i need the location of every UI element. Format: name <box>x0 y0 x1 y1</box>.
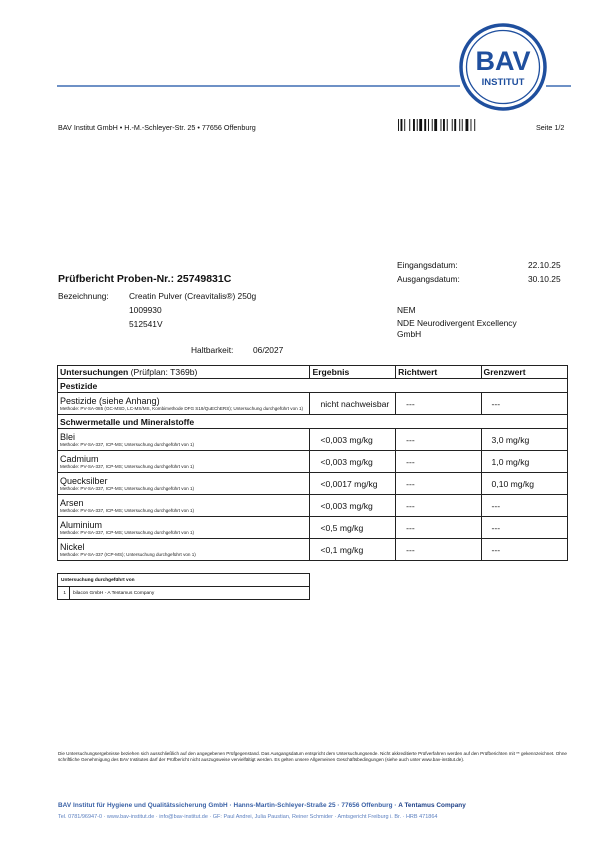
analyte-cell: AluminiumMethode: PV-SA-337, ICP-MS; Unt… <box>58 517 310 539</box>
result-value: <0,5 mg/kg <box>310 517 396 539</box>
guide-value: --- <box>396 495 481 517</box>
table-row: Pestizide (siehe Anhang)Methode: PV-SA-0… <box>58 393 568 415</box>
footer-address: BAV Institut für Hygiene und Qualitätssi… <box>58 802 466 809</box>
analyte-method: Methode: PV-SA-337, ICP-MS; Untersuchung… <box>60 442 307 448</box>
results-body: PestizidePestizide (siehe Anhang)Methode… <box>58 379 568 561</box>
footer-brand: A Tentamus Company <box>398 802 466 809</box>
shelf-life-label: Haltbarkeit: <box>191 345 233 355</box>
result-value: <0,003 mg/kg <box>310 429 396 451</box>
footer-address-text: BAV Institut für Hygiene und Qualitätssi… <box>58 802 398 809</box>
guide-value: --- <box>396 451 481 473</box>
issued-date-label: Ausgangsdatum: <box>397 274 460 284</box>
logo-text-bav: BAV <box>475 46 530 76</box>
analyte-method: Methode: PV-SA-085 (GC-MSD, LC-MS/MS, Ko… <box>60 406 307 412</box>
analyte-name: Cadmium <box>60 454 307 464</box>
article-number: 1009930 <box>129 305 162 315</box>
analyte-cell: NickelMethode: PV-SA-337 (ICP-MS); Unter… <box>58 539 310 561</box>
lab-number: 1 <box>58 587 70 600</box>
analyte-cell: BleiMethode: PV-SA-337, ICP-MS; Untersuc… <box>58 429 310 451</box>
report-title: Prüfbericht Proben-Nr.: 25749831C <box>58 273 231 285</box>
limit-value: --- <box>481 517 567 539</box>
guide-value: --- <box>396 517 481 539</box>
analyte-cell: QuecksilberMethode: PV-SA-337, ICP-MS; U… <box>58 473 310 495</box>
guide-value: --- <box>396 539 481 561</box>
analyte-name: Quecksilber <box>60 476 307 486</box>
analyte-method: Methode: PV-SA-337 (ICP-MS); Untersuchun… <box>60 552 307 558</box>
issued-date-value: 30.10.25 <box>528 274 561 284</box>
analyte-name: Pestizide (siehe Anhang) <box>60 396 307 406</box>
client-name-line2: GmbH <box>397 329 421 339</box>
client-name-line1: NDE Neurodivergent Excellency <box>397 318 517 328</box>
guide-value: --- <box>396 393 481 415</box>
analyte-cell: Pestizide (siehe Anhang)Methode: PV-SA-0… <box>58 393 310 415</box>
group-row: Schwermetalle und Mineralstoffe <box>58 415 568 429</box>
limit-value: 3,0 mg/kg <box>481 429 567 451</box>
lab-row: 1 bilacon GmbH - A Tentamus Company <box>58 587 310 600</box>
table-row: CadmiumMethode: PV-SA-337, ICP-MS; Unter… <box>58 451 568 473</box>
limit-value: --- <box>481 539 567 561</box>
test-plan: (Prüfplan: T369b) <box>131 367 198 377</box>
designation-label: Bezeichnung: <box>58 291 109 301</box>
table-row: NickelMethode: PV-SA-337 (ICP-MS); Unter… <box>58 539 568 561</box>
shelf-life-value: 06/2027 <box>253 345 283 355</box>
received-date-label: Eingangsdatum: <box>397 260 458 270</box>
result-value: nicht nachweisbar <box>310 393 396 415</box>
group-title: Pestizide <box>58 379 568 393</box>
bav-institut-logo: BAV INSTITUT <box>458 22 548 112</box>
col-investigations-label: Untersuchungen <box>60 367 128 377</box>
guide-value: --- <box>396 429 481 451</box>
guide-value: --- <box>396 473 481 495</box>
limit-value: 0,10 mg/kg <box>481 473 567 495</box>
analyte-name: Aluminium <box>60 520 307 530</box>
performed-by-header: Untersuchung durchgeführt von <box>58 574 310 587</box>
analyte-cell: ArsenMethode: PV-SA-337, ICP-MS; Untersu… <box>58 495 310 517</box>
results-table: Untersuchungen (Prüfplan: T369b) Ergebni… <box>57 365 568 561</box>
col-result: Ergebnis <box>310 366 396 379</box>
analyte-method: Methode: PV-SA-337, ICP-MS; Untersuchung… <box>60 508 307 514</box>
limit-value: --- <box>481 495 567 517</box>
barcode-icon <box>398 119 498 131</box>
table-row: AluminiumMethode: PV-SA-337, ICP-MS; Unt… <box>58 517 568 539</box>
client-code: NEM <box>397 305 416 315</box>
col-limit-value: Grenzwert <box>481 366 567 379</box>
lab-name: bilacon GmbH - A Tentamus Company <box>70 587 310 600</box>
col-investigations: Untersuchungen (Prüfplan: T369b) <box>58 366 310 379</box>
table-header-row: Untersuchungen (Prüfplan: T369b) Ergebni… <box>58 366 568 379</box>
analyte-method: Methode: PV-SA-337, ICP-MS; Untersuchung… <box>60 464 307 470</box>
table-row: ArsenMethode: PV-SA-337, ICP-MS; Untersu… <box>58 495 568 517</box>
table-row: BleiMethode: PV-SA-337, ICP-MS; Untersuc… <box>58 429 568 451</box>
table-row: QuecksilberMethode: PV-SA-337, ICP-MS; U… <box>58 473 568 495</box>
analyte-name: Blei <box>60 432 307 442</box>
analyte-method: Methode: PV-SA-337, ICP-MS; Untersuchung… <box>60 530 307 536</box>
group-title: Schwermetalle und Mineralstoffe <box>58 415 568 429</box>
result-value: <0,003 mg/kg <box>310 451 396 473</box>
limit-value: 1,0 mg/kg <box>481 451 567 473</box>
limit-value: --- <box>481 393 567 415</box>
received-date-value: 22.10.25 <box>528 260 561 270</box>
sender-address: BAV Institut GmbH • H.-M.-Schleyer-Str. … <box>58 123 256 132</box>
group-row: Pestizide <box>58 379 568 393</box>
page-number: Seite 1/2 <box>536 123 564 132</box>
analyte-method: Methode: PV-SA-337, ICP-MS; Untersuchung… <box>60 486 307 492</box>
logo-text-institut: INSTITUT <box>482 77 525 88</box>
result-value: <0,003 mg/kg <box>310 495 396 517</box>
batch-number: 512541V <box>129 319 163 329</box>
col-guide-value: Richtwert <box>396 366 481 379</box>
designation-value: Creatin Pulver (Creavitalis®) 250g <box>129 291 256 301</box>
performed-by-table: Untersuchung durchgeführt von 1 bilacon … <box>57 573 310 600</box>
footer-contact: Tel. 0781/96947-0 · www.bav-institut.de … <box>58 814 437 820</box>
result-value: <0,1 mg/kg <box>310 539 396 561</box>
analyte-cell: CadmiumMethode: PV-SA-337, ICP-MS; Unter… <box>58 451 310 473</box>
analyte-name: Nickel <box>60 542 307 552</box>
analyte-name: Arsen <box>60 498 307 508</box>
result-value: <0,0017 mg/kg <box>310 473 396 495</box>
disclaimer: Die Untersuchungsergebnisse beziehen sic… <box>58 751 568 764</box>
